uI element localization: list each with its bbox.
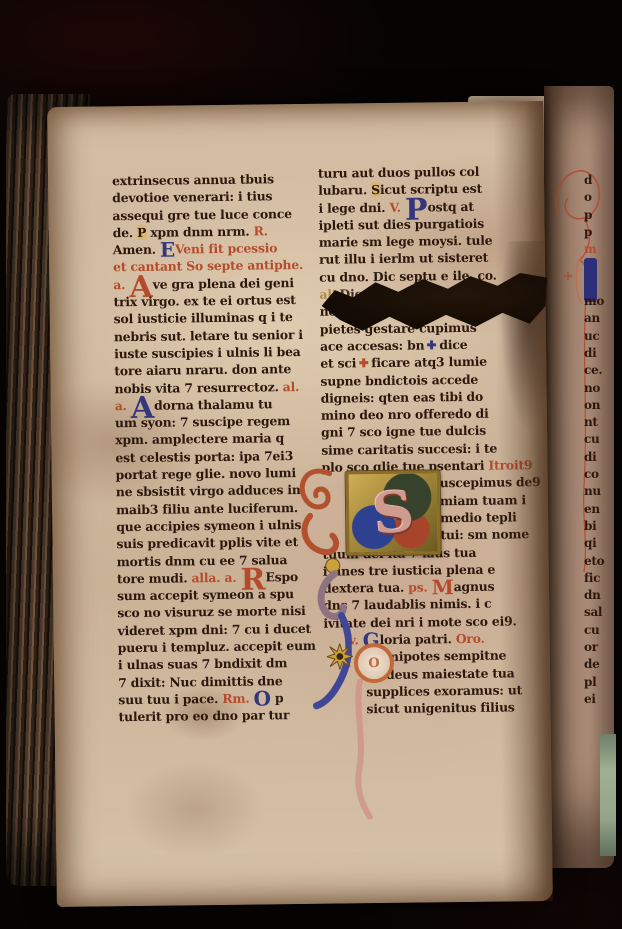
text-run: um syon: 7 suscipe regem <box>115 413 290 430</box>
text-run: eto <box>584 554 604 568</box>
text-run: uscepimus de9 <box>440 474 541 490</box>
text-run: V. <box>389 199 405 214</box>
text-line: co <box>584 466 612 483</box>
text-line: dn <box>584 587 612 604</box>
text-run: ostq at <box>427 198 473 214</box>
text-run: al. <box>283 379 300 394</box>
text-run: tui: sm nome <box>440 526 529 542</box>
text-run: cu <box>584 432 599 446</box>
text-line: de <box>584 656 612 673</box>
text-line: pl <box>584 674 612 691</box>
text-line: or <box>584 639 612 656</box>
green-mount-strip <box>600 734 616 856</box>
text-run: pueru i templuz. accepit eum <box>118 638 316 655</box>
text-run: Amen. <box>113 242 160 258</box>
text-line: nu <box>584 483 612 500</box>
text-line: p <box>584 207 612 224</box>
text-run: loria patri. <box>379 631 455 647</box>
text-run: icut scriptu est <box>380 181 482 197</box>
text-run: turu aut duos pullos col <box>318 164 479 181</box>
text-run: extrinsecus annua tbuis <box>112 171 274 188</box>
text-line: d <box>584 172 612 189</box>
text-run: gni 7 sco igne tue dulcis <box>321 423 486 440</box>
text-line: on <box>584 397 612 414</box>
text-line: an <box>584 310 612 327</box>
text-run: en <box>584 502 600 516</box>
text-run: dn <box>584 588 601 602</box>
text-line: ei <box>584 691 612 708</box>
text-run: ivitate dei nri i mote sco ei9. <box>323 613 516 630</box>
text-run: qi <box>584 536 596 550</box>
text-run: suis predicavit pplis vite et <box>116 534 298 551</box>
text-line <box>584 276 612 293</box>
text-run: lubaru. <box>318 182 371 198</box>
manuscript-page: extrinsecus annua tbuisdevotioe venerari… <box>47 101 553 907</box>
text-run: marie sm lege moysi. tule <box>319 233 493 250</box>
text-run: tore mudi. <box>117 570 192 586</box>
text-run: sol iusticie illuminas q i te <box>114 309 293 326</box>
text-run: portat rege glie. novo lumi <box>116 465 296 482</box>
text-line: nt <box>584 414 612 431</box>
text-run: sum accepit symeon a spu <box>117 586 294 603</box>
text-run: est celestis porta: ipa 7ei3 <box>115 448 293 465</box>
text-run: que accipies symeon i ulnis <box>116 517 301 534</box>
text-line: eto <box>584 553 612 570</box>
text-run: miam tuam i <box>440 492 526 508</box>
text-run: nt <box>584 415 598 429</box>
text-line: um syon: 7 suscipe regem <box>115 412 317 432</box>
text-run: ei <box>584 692 596 706</box>
text-line: p <box>584 224 612 241</box>
text-run: suu tuu i pace. <box>118 691 222 707</box>
text-line: uc <box>584 328 612 345</box>
text-line: di <box>584 345 612 362</box>
text-run: cu <box>584 623 599 637</box>
text-line: suis predicavit pplis vite et <box>116 533 318 553</box>
text-line: mo <box>584 293 612 310</box>
text-run: et sci <box>320 356 356 371</box>
text-run: ce. <box>584 363 602 377</box>
text-run: sicut unigenitus filius <box>366 700 514 717</box>
text-run: sal <box>584 605 602 619</box>
text-run: or <box>584 640 598 654</box>
blessing-cross-icon <box>359 358 368 367</box>
text-run: iuste suscipies i ulnis li bea <box>114 344 301 361</box>
text-run: medio tepli <box>440 509 517 525</box>
text-run: dorna thalamu tu <box>154 396 272 412</box>
text-run: a. <box>113 277 129 292</box>
text-line: qi <box>584 535 612 552</box>
text-run: mino deo nro offeredo di <box>321 406 489 423</box>
text-run: videret xpm dni: 7 cu i ducet <box>117 621 311 638</box>
text-run: p <box>271 690 284 705</box>
cut-text-column: doppmmoanucdice.noonntcudiconuenbiqietof… <box>584 172 612 708</box>
text-line: assequi gre tue luce conce <box>112 204 314 224</box>
text-run: co <box>584 467 599 481</box>
text-run: nu <box>584 484 601 498</box>
text-run: P <box>137 225 146 240</box>
text-run: mo <box>584 294 604 308</box>
text-run: ve gra plena dei geni <box>153 275 294 292</box>
text-line: tore aiaru nraru. don ante <box>114 360 316 380</box>
text-run: pl <box>584 675 596 689</box>
text-run: tore aiaru nraru. don ante <box>114 361 291 378</box>
text-run: ficare atq3 lumie <box>371 354 487 370</box>
text-line: sol iusticie illuminas q i te <box>114 308 316 328</box>
pink-penwork-stem <box>350 679 378 819</box>
text-run: Veni fit pcessio <box>175 240 277 256</box>
text-run: dice <box>439 337 467 352</box>
text-run: Oro. <box>456 631 485 646</box>
text-run: alla. a. <box>191 570 240 586</box>
text-run: maib3 filiu ante luciferum. <box>116 500 298 517</box>
text-line: ne sbsistit virgo adduces in <box>116 481 318 501</box>
text-run: p <box>584 208 592 222</box>
text-run: p <box>584 225 592 239</box>
text-run: trix virgo. ex te ei ortus est <box>113 292 295 309</box>
text-line <box>584 258 612 275</box>
text-line: sal <box>584 604 612 621</box>
text-run: mipotes sempitne <box>386 648 507 664</box>
text-line: m <box>584 241 612 258</box>
text-run: supplices exoramus: ut <box>366 682 522 699</box>
text-run: xpm. amplectere maria q <box>115 431 284 448</box>
text-run: fic <box>584 571 600 585</box>
marginal-foliage-decoration <box>289 455 352 716</box>
text-run: sco no visuruz se morte nisi <box>117 603 305 620</box>
text-run: R. <box>253 223 267 238</box>
text-run: i lege dni. <box>318 199 389 215</box>
text-run: deus maiestate tua <box>386 665 515 682</box>
text-line: cu <box>584 622 612 639</box>
initial-letter: O <box>368 656 380 671</box>
text-run: Rm. <box>222 690 253 705</box>
text-run: a. <box>115 398 131 413</box>
text-run: o <box>584 190 592 204</box>
text-run: m <box>584 242 596 256</box>
blessing-cross-icon <box>427 340 436 349</box>
text-line: cu <box>584 431 612 448</box>
text-run: uc <box>584 329 599 343</box>
gold-star-ornament <box>327 643 353 669</box>
text-line: no <box>584 380 612 397</box>
illuminated-initial-S: S <box>346 470 441 555</box>
text-run: bi <box>584 519 596 533</box>
text-run: di <box>584 346 596 360</box>
text-run: ne sbsistit virgo adduces in <box>116 482 301 499</box>
text-line: tulerit pro eo dno par tur <box>118 706 320 726</box>
text-run: ps. <box>408 580 432 595</box>
text-run: de. <box>113 225 138 240</box>
text-run: nebris sut. letare tu senior i <box>114 327 303 344</box>
left-column: extrinsecus annua tbuisdevotioe venerari… <box>112 170 321 726</box>
text-line: ivitate dei nri i mote sco ei9. <box>323 612 533 632</box>
text-line: en <box>584 501 612 518</box>
text-line: di <box>584 449 612 466</box>
text-run: on <box>584 398 600 412</box>
text-run: supne bndictois accede <box>320 371 478 388</box>
text-run: Itroit9 <box>488 457 532 473</box>
text-run: ipleti sut dies purgatiois <box>319 216 485 233</box>
text-line: o <box>584 189 612 206</box>
text-line: pueru i templuz. accepit eum <box>118 637 320 657</box>
text-line: bi <box>584 518 612 535</box>
photograph-of-manuscript: doppmmoanucdice.noonntcudiconuenbiqietof… <box>0 0 622 929</box>
text-run: ace accesas: bn <box>320 337 424 353</box>
text-run: pietes gestare cupimus <box>320 320 477 337</box>
text-run: assequi gre tue luce conce <box>112 206 292 223</box>
text-run: rut illu i ierlm ut sisteret <box>319 250 488 267</box>
initial-letter: S <box>369 478 417 548</box>
text-run: digneis: qten eas tibi do <box>321 389 484 406</box>
text-line: ce. <box>584 362 612 379</box>
text-run: agnus <box>454 579 495 594</box>
text-run: an <box>584 311 600 325</box>
text-run: devotioe venerari: i tius <box>112 189 272 206</box>
text-run: i ulnas suas 7 bndixit dm <box>118 655 287 672</box>
text-run: S <box>371 182 380 197</box>
text-run: tulerit pro eo dno par tur <box>118 707 289 724</box>
text-run: di <box>584 450 596 464</box>
text-line: fic <box>584 570 612 587</box>
text-line: sco no visuruz se morte nisi <box>117 602 319 622</box>
text-run: no <box>584 381 600 395</box>
text-run: de <box>584 657 599 671</box>
text-run: d <box>584 173 592 187</box>
